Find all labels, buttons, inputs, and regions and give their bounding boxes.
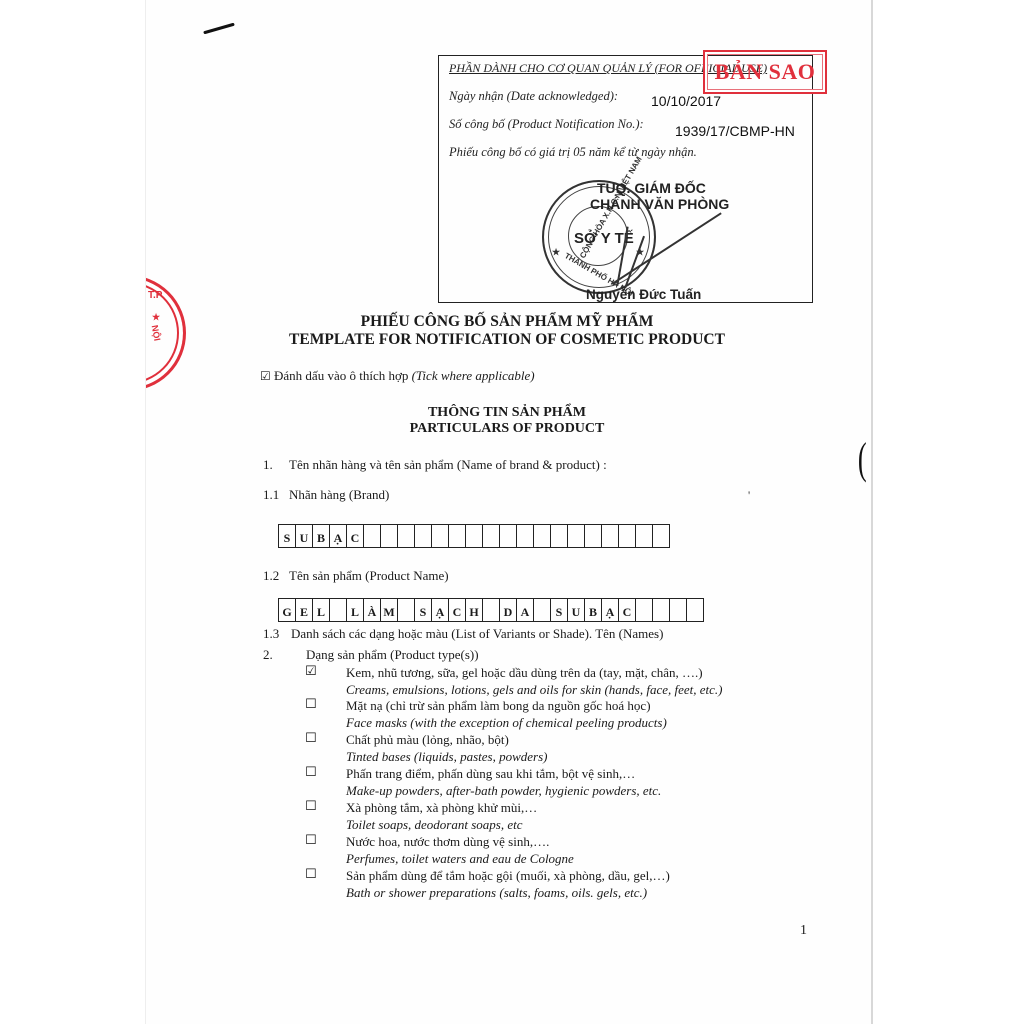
brand-cell: [398, 524, 415, 548]
date-acknowledged-value: 10/10/2017: [651, 93, 721, 109]
brand-cell: [449, 524, 466, 548]
notification-number-label: Số công bố (Product Notification No.):: [449, 117, 644, 132]
product-cell: D: [500, 598, 517, 622]
product-cell: L: [347, 598, 364, 622]
product-type-vi: Nước hoa, nước thơm dùng vệ sinh,….: [346, 834, 549, 850]
product-cell: U: [568, 598, 585, 622]
brand-cell: [534, 524, 551, 548]
product-type-vi: Xà phòng tắm, xà phòng khử mùi,…: [346, 800, 537, 816]
product-type-vi: Kem, nhũ tương, sữa, gel hoặc dầu dùng t…: [346, 665, 703, 681]
brand-cell: [500, 524, 517, 548]
seal-star-left-icon: ★: [552, 247, 560, 258]
product-type-vi: Sản phẩm dùng để tắm hoặc gội (muối, xà …: [346, 868, 670, 884]
copy-stamp: BẢN SAO: [703, 50, 827, 94]
instruction-line: ☑ Đánh dấu vào ô thích hợp (Tick where a…: [260, 368, 535, 384]
product-cell: G: [279, 598, 296, 622]
item-1-number: 1.: [263, 457, 273, 473]
product-type-en: Make-up powders, after-bath powder, hygi…: [346, 783, 661, 799]
instruction-en: (Tick where applicable): [412, 368, 535, 383]
validity-note: Phiếu công bố có giá trị 05 năm kể từ ng…: [449, 145, 697, 160]
stray-mark: ': [748, 488, 750, 503]
instruction-vi: Đánh dấu vào ô thích hợp: [274, 368, 408, 383]
brand-cell: [466, 524, 483, 548]
document-title-en: TEMPLATE FOR NOTIFICATION OF COSMETIC PR…: [147, 331, 867, 349]
empty-checkbox-icon[interactable]: ☐: [305, 833, 317, 848]
page-right-edge: [871, 0, 873, 1024]
product-cell: [653, 598, 670, 622]
product-type-en: Toilet soaps, deodorant soaps, etc: [346, 817, 522, 833]
product-cell: A: [517, 598, 534, 622]
product-type-vi: Mặt nạ (chỉ trừ sản phẩm làm bong da ngu…: [346, 698, 651, 714]
empty-checkbox-icon[interactable]: ☐: [305, 731, 317, 746]
brand-cell: [364, 524, 381, 548]
item-1-3-number: 1.3: [263, 626, 279, 642]
document-title-vi: PHIẾU CÔNG BỐ SẢN PHẨM MỸ PHẨM: [147, 313, 867, 331]
product-type-en: Creams, emulsions, lotions, gels and oil…: [346, 682, 722, 698]
product-cell: S: [415, 598, 432, 622]
product-cell: E: [296, 598, 313, 622]
product-cell: S: [551, 598, 568, 622]
section-title-vi: THÔNG TIN SẢN PHẨM: [147, 405, 867, 421]
product-cell: M: [381, 598, 398, 622]
brand-cell: [636, 524, 653, 548]
brand-cell: [653, 524, 670, 548]
checked-box-icon: ☑: [260, 369, 271, 383]
margin-bracket-mark: (: [858, 437, 867, 481]
brand-cell: [483, 524, 500, 548]
product-cell: [670, 598, 687, 622]
page-number: 1: [800, 923, 807, 939]
brand-cell: B: [313, 524, 330, 548]
product-cell: H: [466, 598, 483, 622]
checked-box-icon[interactable]: ☑: [305, 664, 317, 679]
empty-checkbox-icon[interactable]: ☐: [305, 765, 317, 780]
product-type-en: Perfumes, toilet waters and eau de Colog…: [346, 851, 574, 867]
product-cell: [534, 598, 551, 622]
brand-cell: [432, 524, 449, 548]
item-1-1-label: Nhãn hàng (Brand): [289, 487, 389, 503]
product-cell: [483, 598, 500, 622]
item-2-number: 2.: [263, 647, 273, 663]
product-type-vi: Chất phủ màu (lỏng, nhão, bột): [346, 732, 509, 748]
product-cell: [687, 598, 704, 622]
brand-cell: [381, 524, 398, 548]
product-type-vi: Phấn trang điểm, phấn dùng sau khi tắm, …: [346, 766, 635, 782]
brand-cell: [585, 524, 602, 548]
product-cell: B: [585, 598, 602, 622]
product-cell: [330, 598, 347, 622]
product-cell: [398, 598, 415, 622]
brand-cell: [568, 524, 585, 548]
brand-cell: [602, 524, 619, 548]
brand-cell: U: [296, 524, 313, 548]
product-type-en: Bath or shower preparations (salts, foam…: [346, 885, 647, 901]
item-1-2-number: 1.2: [263, 568, 279, 584]
product-cell: Ạ: [432, 598, 449, 622]
signer-name: Nguyễn Đức Tuấn: [586, 287, 701, 302]
item-1-3-label: Danh sách các dạng hoặc màu (List of Var…: [291, 626, 663, 642]
brand-cell: Ạ: [330, 524, 347, 548]
product-cell: C: [449, 598, 466, 622]
brand-cell: [517, 524, 534, 548]
notification-number-value: 1939/17/CBMP-HN: [675, 123, 795, 139]
brand-cell: C: [347, 524, 364, 548]
seal-fragment-top: T.P: [148, 290, 162, 301]
signatory-title-line2: CHÁNH VĂN PHÒNG: [590, 196, 729, 212]
brand-cell: [551, 524, 568, 548]
product-type-en: Tinted bases (liquids, pastes, powders): [346, 749, 548, 765]
product-type-en: Face masks (with the exception of chemic…: [346, 715, 667, 731]
brand-cell: [619, 524, 636, 548]
product-cell: Ạ: [602, 598, 619, 622]
item-2-label: Dạng sản phẩm (Product type(s)): [306, 647, 479, 663]
brand-cell: [415, 524, 432, 548]
product-cell: À: [364, 598, 381, 622]
empty-checkbox-icon[interactable]: ☐: [305, 697, 317, 712]
section-title-en: PARTICULARS OF PRODUCT: [147, 421, 867, 437]
product-cell: [636, 598, 653, 622]
signatory-title-line1: TUQ. GIÁM ĐỐC: [597, 180, 706, 196]
item-1-label: Tên nhãn hàng và tên sản phẩm (Name of b…: [289, 457, 607, 473]
product-cell: C: [619, 598, 636, 622]
brand-cell: S: [279, 524, 296, 548]
item-1-1-number: 1.1: [263, 487, 279, 503]
date-acknowledged-label: Ngày nhận (Date acknowledged):: [449, 89, 618, 104]
product-cell: L: [313, 598, 330, 622]
product-name-character-boxes: G E L L À M S Ạ C H D A S U B Ạ C: [278, 598, 704, 622]
page-left-edge: [145, 0, 146, 1024]
brand-character-boxes: S U B Ạ C: [278, 524, 670, 548]
item-1-2-label: Tên sản phẩm (Product Name): [289, 568, 449, 584]
empty-checkbox-icon[interactable]: ☐: [305, 799, 317, 814]
empty-checkbox-icon[interactable]: ☐: [305, 867, 317, 882]
